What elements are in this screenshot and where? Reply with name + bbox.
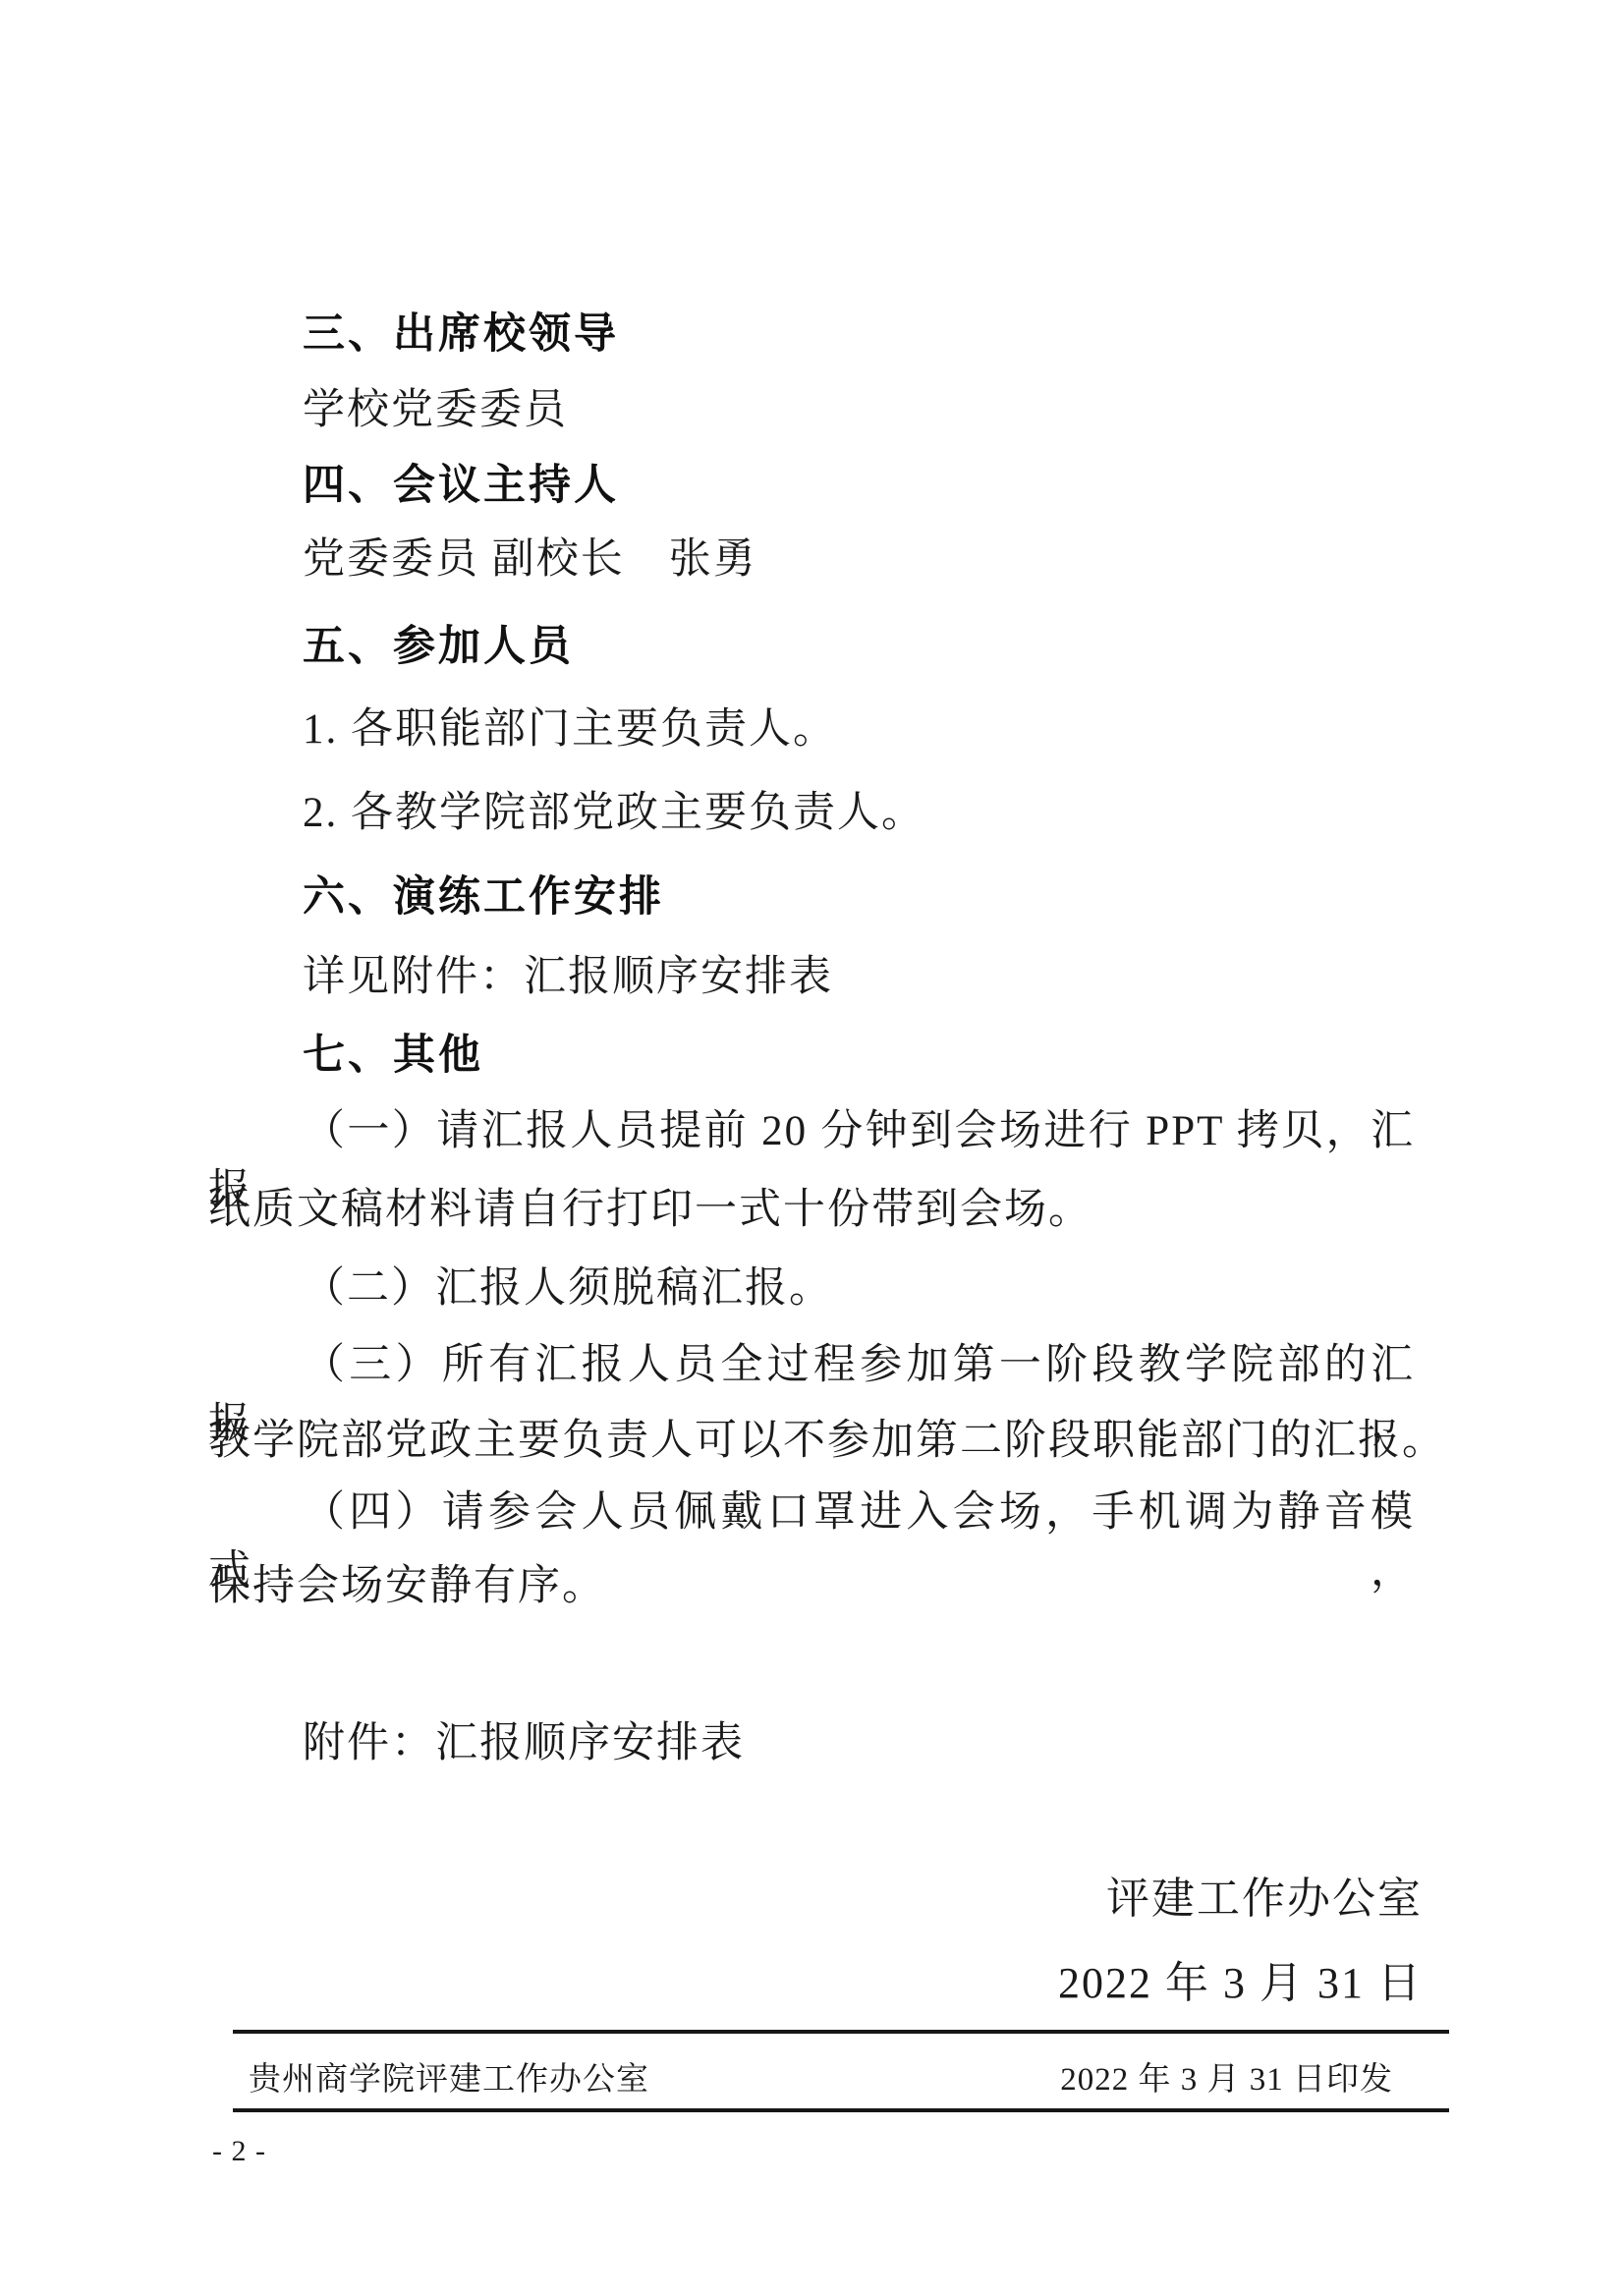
section-4-heading: 四、会议主持人 xyxy=(208,456,1423,515)
document-page: 三、出席校领导 学校党委委员 四、会议主持人 党委委员 副校长 张勇 五、参加人… xyxy=(0,0,1623,2296)
section-7-para-1-line-2: 纸质文稿材料请自行打印一式十份带到会场。 xyxy=(208,1181,1423,1240)
section-6-body: 详见附件：汇报顺序安排表 xyxy=(208,948,1423,1007)
section-5-item-1: 1. 各职能部门主要负责人。 xyxy=(208,700,1423,759)
footer-issue-date: 2022 年 3 月 31 日印发 xyxy=(1060,2060,1393,2100)
section-7-para-3-line-2: 教学院部党政主要负责人可以不参加第二阶段职能部门的汇报。 xyxy=(208,1412,1423,1471)
footer-rule-top xyxy=(233,2030,1449,2034)
section-6-heading: 六、演练工作安排 xyxy=(208,868,1423,926)
footer-rule-bottom xyxy=(233,2108,1449,2112)
section-3-body: 学校党委委员 xyxy=(208,381,1423,440)
footer-imprint-row: 贵州商学院评建工作办公室 2022 年 3 月 31 日印发 xyxy=(249,2060,1393,2100)
section-7-para-2: （二）汇报人须脱稿汇报。 xyxy=(208,1260,1423,1318)
section-5-heading: 五、参加人员 xyxy=(208,617,1423,676)
section-4-body: 党委委员 副校长 张勇 xyxy=(208,531,1423,589)
section-5-item-2: 2. 各教学院部党政主要负责人。 xyxy=(208,784,1423,843)
footer-issuer: 贵州商学院评建工作办公室 xyxy=(249,2060,649,2100)
attachment-note: 附件：汇报顺序安排表 xyxy=(208,1714,1423,1773)
closing-office-signature: 评建工作办公室 xyxy=(208,1870,1423,1929)
section-3-heading: 三、出席校领导 xyxy=(208,305,1423,364)
closing-date: 2022 年 3 月 31 日 xyxy=(208,1954,1423,2013)
section-7-heading: 七、其他 xyxy=(208,1026,1423,1085)
section-7-para-4-line-2: 保持会场安静有序。 xyxy=(208,1557,1423,1616)
page-number: - 2 - xyxy=(212,2134,266,2169)
